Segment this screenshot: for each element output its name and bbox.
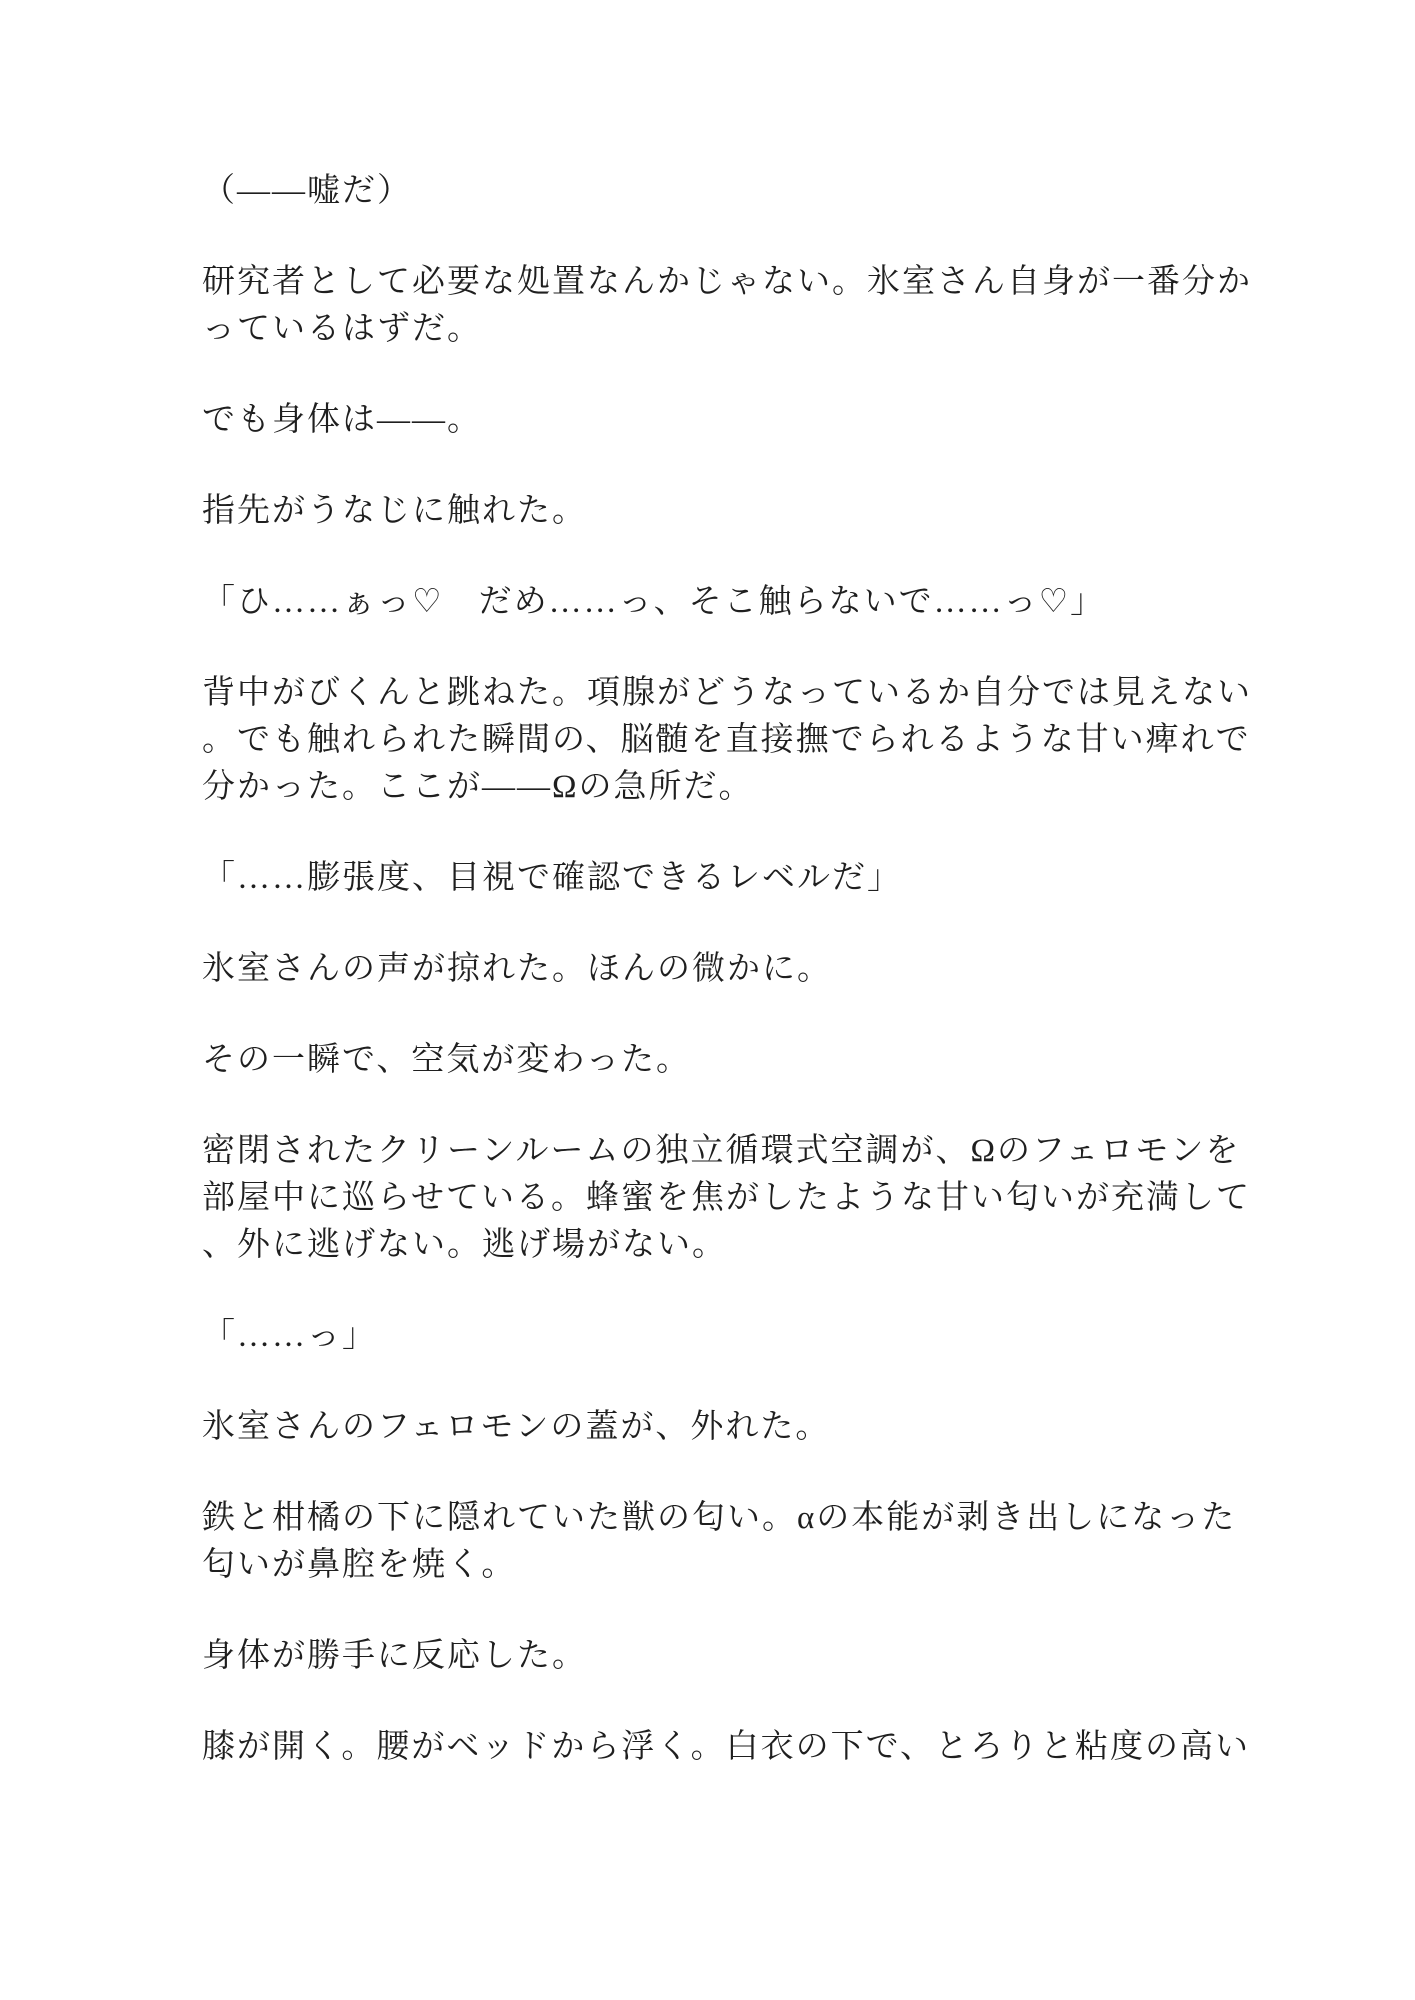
paragraph: （——嘘だ） [202, 168, 1262, 215]
paragraph: その一瞬で、空気が変わった。 [202, 1037, 1262, 1084]
text-line: 氷室さんのフェロモンの蓋が、外れた。 [202, 1404, 1262, 1451]
paragraph: 背中がびくんと跳ねた。項腺がどうなっているか自分では見えない。でも触れられた瞬間… [202, 670, 1262, 811]
text-line: っているはずだ。 [202, 306, 1262, 353]
text-line: 身体が勝手に反応した。 [202, 1633, 1262, 1680]
paragraph: 膝が開く。腰がベッドから浮く。白衣の下で、とろりと粘度の高い [202, 1724, 1262, 1771]
text-line: でも身体は——。 [202, 397, 1262, 444]
paragraph: 「……っ」 [202, 1313, 1262, 1360]
paragraph: 研究者として必要な処置なんかじゃない。氷室さん自身が一番分かっているはずだ。 [202, 259, 1262, 353]
paragraph: 密閉されたクリーンルームの独立循環式空調が、Ωのフェロモンを部屋中に巡らせている… [202, 1128, 1262, 1269]
text-line: 部屋中に巡らせている。蜂蜜を焦がしたような甘い匂いが充満して [202, 1175, 1262, 1222]
text-line: 研究者として必要な処置なんかじゃない。氷室さん自身が一番分か [202, 259, 1262, 306]
paragraph: 「……膨張度、目視で確認できるレベルだ」 [202, 855, 1262, 902]
text-line: 密閉されたクリーンルームの独立循環式空調が、Ωのフェロモンを [202, 1128, 1262, 1175]
novel-text-body: （——嘘だ）研究者として必要な処置なんかじゃない。氷室さん自身が一番分かっている… [202, 168, 1262, 1771]
paragraph: 氷室さんのフェロモンの蓋が、外れた。 [202, 1404, 1262, 1451]
paragraph: でも身体は——。 [202, 397, 1262, 444]
text-line: 背中がびくんと跳ねた。項腺がどうなっているか自分では見えない [202, 670, 1262, 717]
text-line: その一瞬で、空気が変わった。 [202, 1037, 1262, 1084]
paragraph: 「ひ……ぁっ♡ だめ……っ、そこ触らないで……っ♡」 [202, 579, 1262, 626]
text-line: 鉄と柑橘の下に隠れていた獣の匂い。αの本能が剥き出しになった [202, 1495, 1262, 1542]
text-line: 。でも触れられた瞬間の、脳髄を直接撫でられるような甘い痺れで [202, 717, 1262, 764]
text-line: 氷室さんの声が掠れた。ほんの微かに。 [202, 946, 1262, 993]
paragraph: 身体が勝手に反応した。 [202, 1633, 1262, 1680]
text-line: 分かった。ここが——Ωの急所だ。 [202, 764, 1262, 811]
document-page: （——嘘だ）研究者として必要な処置なんかじゃない。氷室さん自身が一番分かっている… [0, 0, 1415, 2000]
text-line: 指先がうなじに触れた。 [202, 488, 1262, 535]
text-line: 匂いが鼻腔を焼く。 [202, 1542, 1262, 1589]
paragraph: 指先がうなじに触れた。 [202, 488, 1262, 535]
text-line: 、外に逃げない。逃げ場がない。 [202, 1222, 1262, 1269]
text-line: 「……っ」 [202, 1313, 1262, 1360]
text-line: 「……膨張度、目視で確認できるレベルだ」 [202, 855, 1262, 902]
text-line: 膝が開く。腰がベッドから浮く。白衣の下で、とろりと粘度の高い [202, 1724, 1262, 1771]
paragraph: 氷室さんの声が掠れた。ほんの微かに。 [202, 946, 1262, 993]
text-line: （——嘘だ） [202, 168, 1262, 215]
paragraph: 鉄と柑橘の下に隠れていた獣の匂い。αの本能が剥き出しになった匂いが鼻腔を焼く。 [202, 1495, 1262, 1589]
text-line: 「ひ……ぁっ♡ だめ……っ、そこ触らないで……っ♡」 [202, 579, 1262, 626]
